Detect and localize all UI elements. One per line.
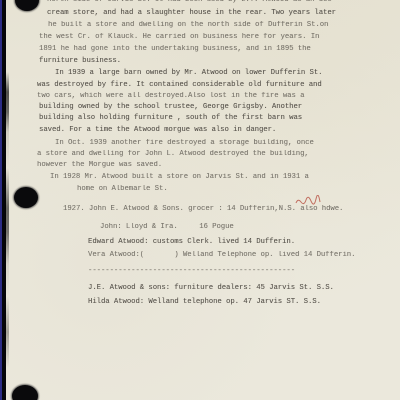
typewritten-line: building also holding furniture , south …	[39, 113, 302, 123]
typewritten-line: Vera Atwood:( ) Welland Telephone op. li…	[88, 250, 355, 260]
typewritten-line: 1891 he had gone into the undertaking bu…	[39, 44, 311, 54]
typewritten-line: he built a store and dwelling on the nor…	[48, 20, 328, 30]
typewritten-line: two cars, which were all destroyed.Also …	[37, 91, 304, 101]
typewritten-line: however the Morgue was saved.	[37, 160, 162, 170]
typewritten-line: building owned by the school trustee, Ge…	[39, 102, 302, 112]
typewritten-line: J.E. Atwood & sons: furniture dealers: 4…	[88, 283, 334, 293]
red-pencil-annotation	[294, 194, 322, 212]
red-scribble-icon	[294, 195, 322, 207]
typewritten-line: home on Albemarle St.	[77, 184, 168, 194]
typewritten-line: John: Lloyd & Ira. 16 Pogue	[100, 222, 234, 232]
typewritten-line: the west Cr. of Klauck. He carried on bu…	[39, 32, 319, 42]
typewritten-line: furniture business.	[39, 56, 121, 66]
typewritten-line: saved. For a time the Atwood morgue was …	[39, 125, 276, 135]
typewritten-line: a store and dwelling for John L. Atwood …	[37, 149, 309, 159]
typewritten-line: ----------------------------------------…	[88, 266, 295, 276]
typewritten-line: In 1939 a large barn owned by Mr. Atwood…	[55, 68, 322, 78]
typewritten-line: In Oct. 1939 another fire destroyed a st…	[55, 138, 314, 148]
typewritten-line: Edward Atwood: customs Clerk. lived 14 D…	[88, 237, 295, 247]
typewritten-line: In 1928 Mr. Atwood built a store on Jarv…	[50, 172, 309, 182]
typewritten-line: north side of Jarvis St. It had been use…	[47, 0, 332, 5]
scanned-document-root: north side of Jarvis St. It had been use…	[0, 0, 400, 400]
typewritten-line: Hilda Atwood: Welland telephone op. 47 J…	[88, 297, 321, 307]
typewritten-line: was destroyed by fire. It contained cons…	[37, 80, 322, 90]
typewritten-line: cream store, and had a slaughter house i…	[47, 8, 336, 18]
typewritten-lines: north side of Jarvis St. It had been use…	[0, 0, 400, 400]
